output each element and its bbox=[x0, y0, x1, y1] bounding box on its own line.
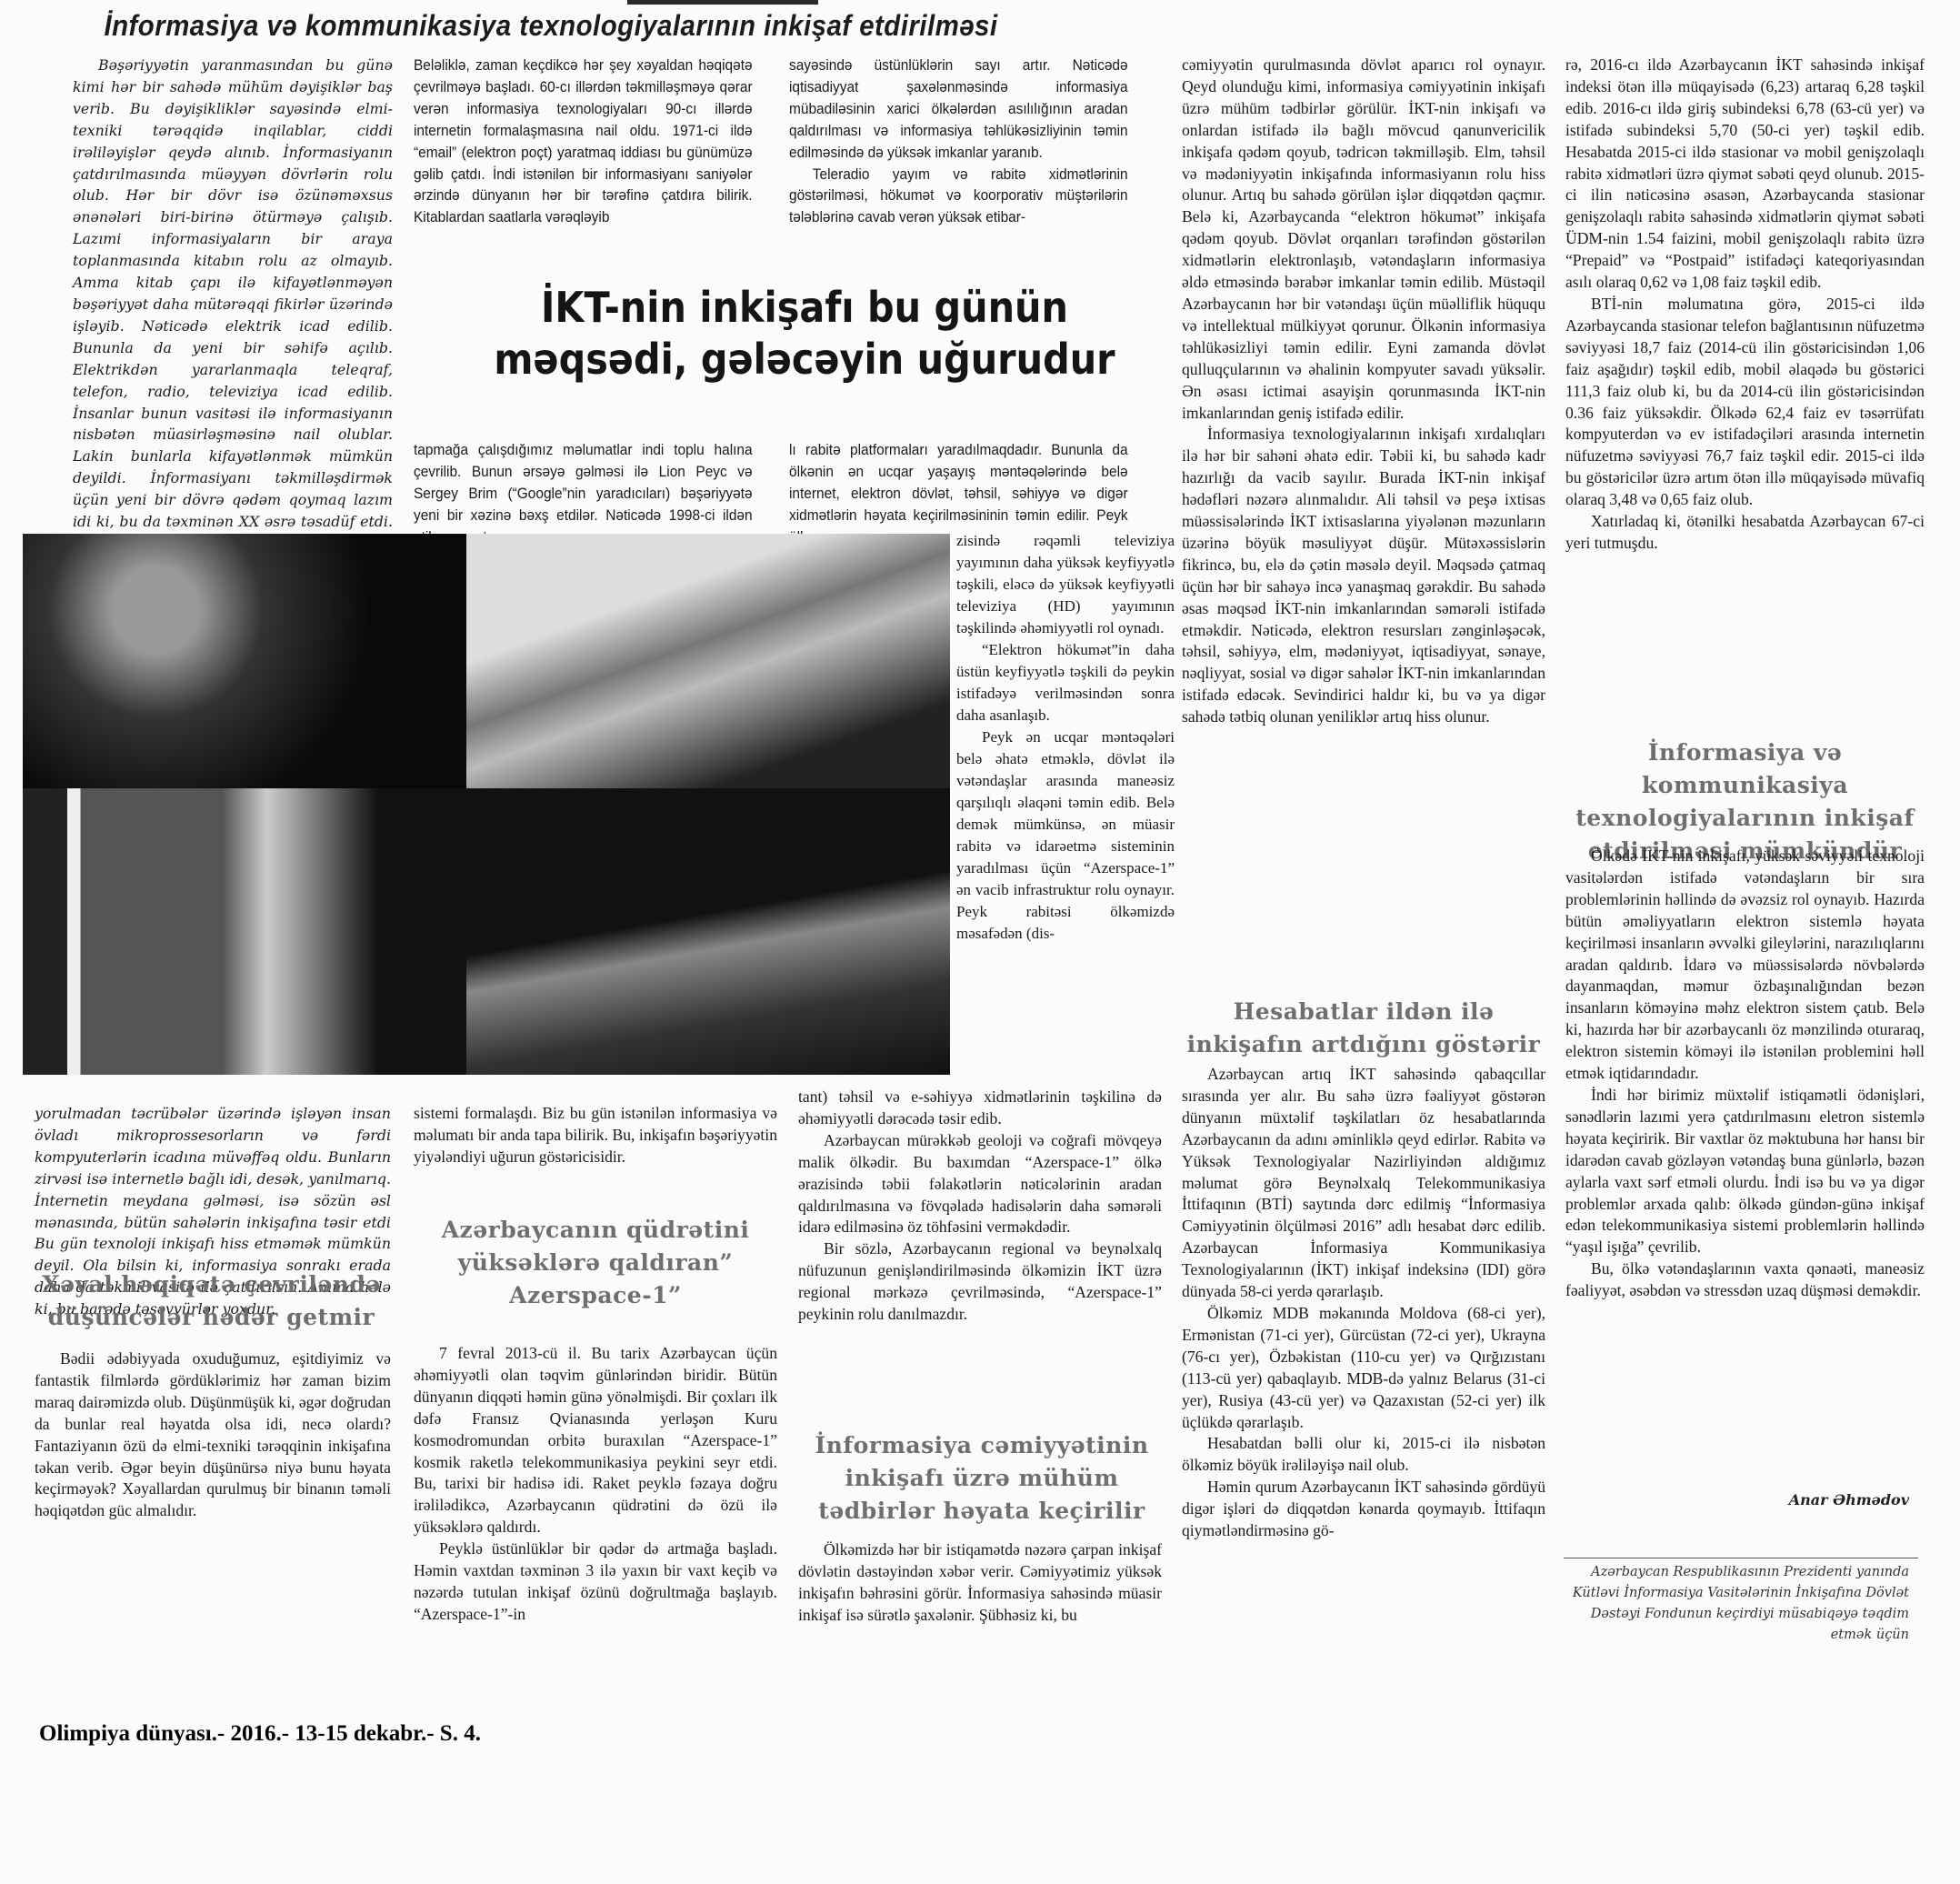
photo-tablet-hand bbox=[466, 534, 950, 788]
photo-atm-card bbox=[23, 788, 466, 1075]
column-5-top: rə, 2016-cı ildə Azərbaycanın İKT sahəsi… bbox=[1565, 55, 1925, 555]
column-3-bottom: tant) təhsil və e-səhiyyə xidmətlərinin … bbox=[798, 1087, 1162, 1326]
column-1-bottom: Bədii ədəbiyyada oxuduğumuz, eşitdiyimiz… bbox=[35, 1348, 391, 1522]
paragraph: Həmin qurum Azərbaycanın İKT sahəsində g… bbox=[1182, 1477, 1545, 1542]
column-3-side: zisində rəqəmli televiziya yayımının dah… bbox=[956, 530, 1175, 945]
column-5-bottom: Ölkədə İKT-nin inkişafı, yüksək səviyyəl… bbox=[1565, 846, 1925, 1302]
source-citation: Olimpiya dünyası.- 2016.- 13-15 dekabr.-… bbox=[39, 1721, 481, 1747]
paragraph: Azərbaycan mürəkkəb geoloji və coğrafi m… bbox=[798, 1130, 1162, 1239]
paragraph: tant) təhsil və e-səhiyyə xidmətlərinin … bbox=[798, 1087, 1162, 1130]
paragraph: Ölkədə İKT-nin inkişafı, yüksək səviyyəl… bbox=[1565, 846, 1925, 1085]
section-header: İnformasiya və kommunikasiya texnologiya… bbox=[91, 9, 1011, 43]
column-4-top: cəmiyyətin qurulmasında dövlət aparıcı r… bbox=[1182, 55, 1545, 728]
subhead-dream: Xəyal həqiqətə çevriləndə düşüncələr həd… bbox=[27, 1268, 395, 1334]
paragraph: sistemi formalaşdı. Biz bu gün istənilən… bbox=[414, 1103, 777, 1168]
paragraph: Beləliklə, zaman keçdikcə hər şey xəyald… bbox=[414, 55, 753, 228]
paragraph: Teleradio yayım və rabitə xidmətlərinin … bbox=[789, 164, 1128, 229]
column-2-bottom: sistemi formalaşdı. Biz bu gün istənilən… bbox=[414, 1103, 777, 1168]
newspaper-page: İnformasiya və kommunikasiya texnologiya… bbox=[0, 0, 1960, 1884]
photo-crystal-ball bbox=[23, 534, 466, 788]
paragraph: Xatırladaq ki, ötənilki hesabatda Azərba… bbox=[1565, 511, 1925, 555]
paragraph: Bir sözlə, Azərbaycanın regional və beyn… bbox=[798, 1238, 1162, 1326]
subhead-infosoc: İnformasiya cəmiyyətinin inkişafı üzrə m… bbox=[800, 1429, 1164, 1528]
paragraph: Bu, ölkə vətəndaşlarının vaxta qənaəti, … bbox=[1565, 1258, 1925, 1302]
column-2-top: Beləliklə, zaman keçdikcə hər şey xəyald… bbox=[414, 55, 753, 228]
intro-paragraph: Bəşəriyyətin yaranmasından bu günə kimi … bbox=[73, 55, 393, 555]
paragraph: Ölkəmizdə hər bir istiqamətdə nəzərə çar… bbox=[798, 1539, 1162, 1627]
author-byline: Anar Əhmədov bbox=[1727, 1491, 1909, 1508]
funding-footnote: Azərbaycan Respublikasının Prezidenti ya… bbox=[1564, 1562, 1909, 1646]
paragraph: İnformasiya texnologiyalarının inkişafı … bbox=[1182, 424, 1545, 728]
column-3-infosoc: Ölkəmizdə hər bir istiqamətdə nəzərə çar… bbox=[798, 1539, 1162, 1627]
paragraph: sayəsində üstünlüklərin sayı artır. Nəti… bbox=[789, 55, 1128, 164]
intro-column: Bəşəriyyətin yaranmasından bu günə kimi … bbox=[73, 55, 393, 555]
paragraph: rə, 2016-cı ildə Azərbaycanın İKT sahəsi… bbox=[1565, 55, 1925, 294]
paragraph: Hesabatdan bəlli olur ki, 2015-ci ilə ni… bbox=[1182, 1433, 1545, 1477]
subhead-azerspace: Azərbaycanın qüdrətini yüksəklərə qaldır… bbox=[414, 1214, 777, 1312]
paragraph: tapmağa çalışdığımız məlumatlar indi top… bbox=[414, 439, 753, 548]
column-3-top: sayəsində üstünlüklərin sayı artır. Nəti… bbox=[789, 55, 1128, 228]
column-2-azerspace: 7 fevral 2013-cü il. Bu tarix Azərbaycan… bbox=[414, 1343, 777, 1626]
paragraph: BTİ-nin məlumatına görə, 2015-ci ildə Az… bbox=[1565, 294, 1925, 511]
paragraph: cəmiyyətin qurulmasında dövlət aparıcı r… bbox=[1182, 55, 1545, 424]
photo-collage bbox=[23, 534, 950, 1075]
paragraph: Bədii ədəbiyyada oxuduğumuz, eşitdiyimiz… bbox=[35, 1348, 391, 1522]
paragraph: Ölkəmiz MDB məkanında Moldova (68-ci yer… bbox=[1182, 1303, 1545, 1433]
column-4-bottom: Azərbaycan artıq İKT sahəsində qabaqcıll… bbox=[1182, 1064, 1545, 1542]
footnote-divider bbox=[1564, 1558, 1918, 1558]
paragraph: Peyk ən ucqar məntəqələri belə əhatə etm… bbox=[956, 727, 1175, 945]
paragraph: 7 fevral 2013-cü il. Bu tarix Azərbaycan… bbox=[414, 1343, 777, 1538]
paragraph: Azərbaycan artıq İKT sahəsində qabaqcıll… bbox=[1182, 1064, 1545, 1303]
paragraph: zisində rəqəmli televiziya yayımının dah… bbox=[956, 530, 1175, 639]
paragraph: İndi hər birimiz müxtəlif istiqamətli öd… bbox=[1565, 1085, 1925, 1258]
top-rule bbox=[627, 0, 818, 5]
paragraph: Peyklə üstünlüklər bir qədər də artmağa … bbox=[414, 1538, 777, 1626]
column-2-mid: tapmağa çalışdığımız məlumatlar indi top… bbox=[414, 439, 753, 548]
article-headline: İKT-nin inkişafı bu günün məqsədi, gələc… bbox=[474, 282, 1136, 386]
photo-card-terminal bbox=[466, 788, 950, 1075]
paragraph: “Elektron hökumət”in daha üstün keyfiyyə… bbox=[956, 639, 1175, 727]
subhead-reports: Hesabatlar ildən ilə inkişafın artdığını… bbox=[1182, 996, 1545, 1061]
